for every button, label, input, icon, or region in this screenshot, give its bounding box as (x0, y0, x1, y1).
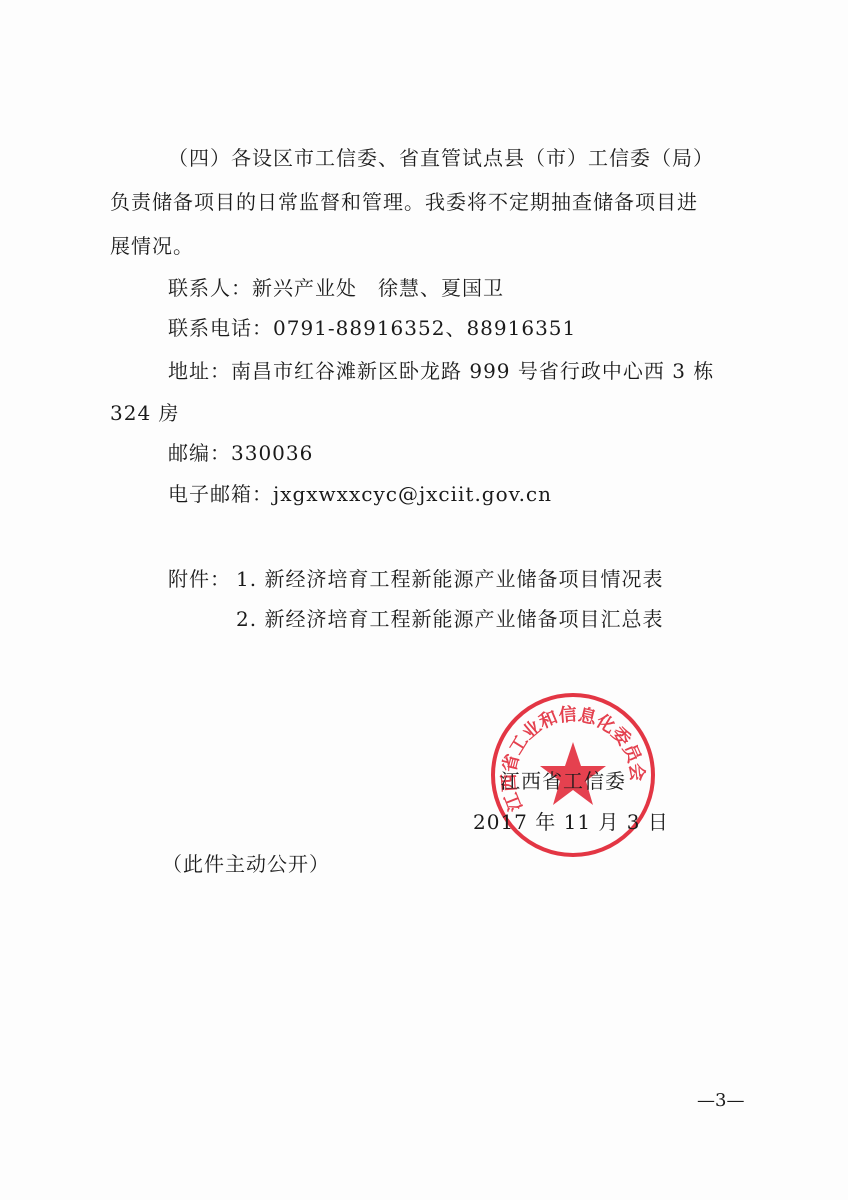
postcode: 邮编：330036 (168, 437, 313, 466)
disclosure-note: （此件主动公开） (162, 848, 330, 877)
email: 电子邮箱：jxgxwxxcyc@jxciit.gov.cn (168, 478, 552, 507)
attachment-item-2: 2. 新经济培育工程新能源产业储备项目汇总表 (236, 603, 663, 632)
contact-person: 联系人：新兴产业处 徐慧、夏国卫 (168, 272, 504, 301)
page-number: —3— (697, 1090, 744, 1111)
paragraph-4-line-1: （四）各设区市工信委、省直管试点县（市）工信委（局） (168, 142, 714, 171)
contact-phone: 联系电话：0791-88916352、88916351 (168, 312, 576, 341)
signature-date: 2017 年 11 月 3 日 (473, 806, 669, 835)
paragraph-4-line-3: 展情况。 (110, 230, 194, 259)
attachment-item-1: 1. 新经济培育工程新能源产业储备项目情况表 (236, 563, 663, 592)
address-line-2: 324 房 (110, 397, 180, 426)
paragraph-4-line-2: 负责储备项目的日常监督和管理。我委将不定期抽查储备项目进 (110, 186, 698, 215)
signature-org: 江西省工信委 (500, 765, 626, 794)
address-line-1: 地址：南昌市红谷滩新区卧龙路 999 号省行政中心西 3 栋 (168, 355, 714, 384)
attachments-label: 附件： (168, 563, 231, 592)
